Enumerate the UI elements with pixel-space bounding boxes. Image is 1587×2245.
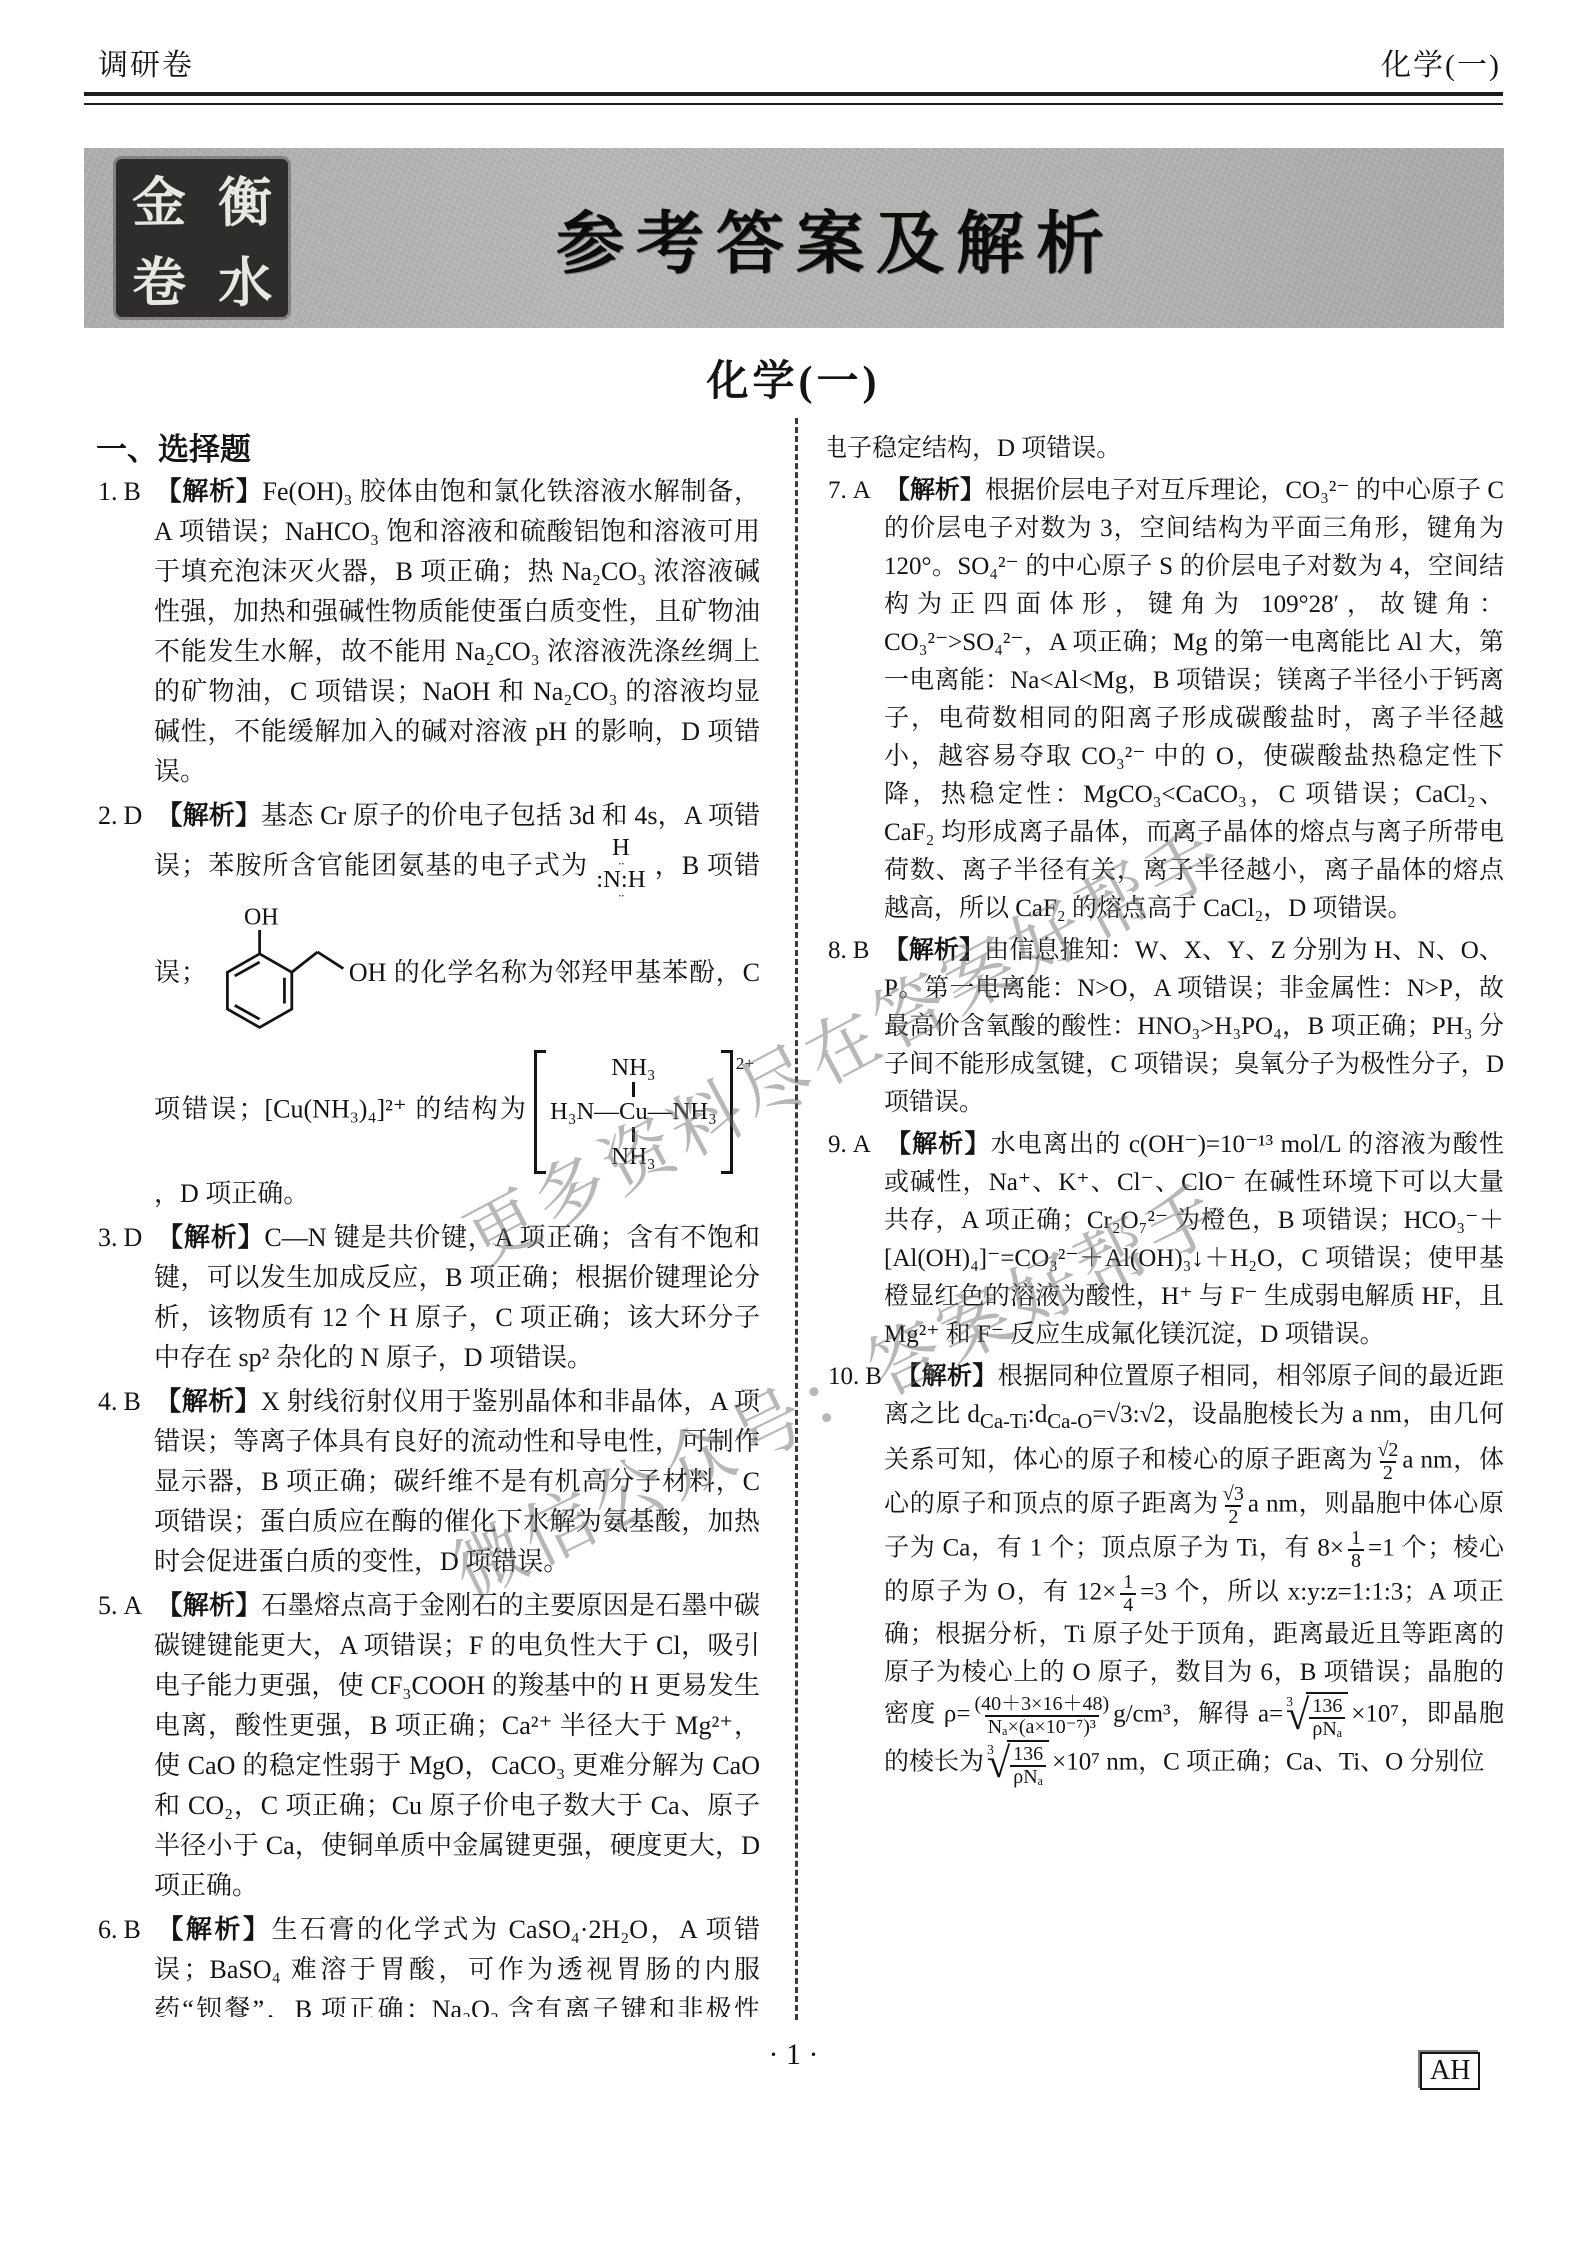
analysis-tag: 【解析】 [883,937,984,964]
answer-item-4: 4.B【解析】X 射线衍射仪用于鉴别晶体和非晶体，A 项错误；等离子体具有良好的… [98,1382,760,1582]
column-divider [795,418,798,2020]
analysis-tag: 【解析】 [896,1363,998,1390]
analysis-tag: 【解析】 [155,1915,272,1944]
answer-item-8: 8.B【解析】由信息推知：W、X、Y、Z 分别为 H、N、O、P。第一电离能：N… [828,932,1504,1122]
seal-char: 衡 [203,160,287,238]
question-number: 1. [98,477,118,506]
seal-char: 金 [117,160,201,238]
answer-item-3: 3.D【解析】C—N 键是共价键，A 项正确；含有不饱和键，可以发生加成反应，B… [98,1218,760,1378]
fraction: 18 [1348,1528,1364,1572]
header-rule [84,92,1503,105]
answer-letter: B [124,1915,141,1944]
fraction: √22 [1377,1440,1398,1484]
right-column: 足 8 电子稳定结构，D 项错误。 7.A【解析】根据价层电子对互斥理论，CO₃… [828,430,1504,2022]
fraction: 14 [1120,1572,1136,1616]
question-number: 6. [98,1915,118,1944]
page-number: · 1 · [0,2038,1587,2072]
answer-letter: B [853,937,870,964]
header-right-label: 化学(一) [1381,40,1501,84]
answer-item-2: 2.D【解析】基态 Cr 原子的价电子包括 3d 和 4s，A 项错误；苯胺所含… [98,796,760,1214]
answer-letter: D [124,801,143,830]
question-number: 10. [828,1363,859,1390]
analysis-tag: 【解析】 [885,477,985,504]
seal-char: 卷 [117,240,201,318]
analysis-tag: 【解析】 [156,1223,264,1252]
analysis-text: Fe(OH)₃ 胶体由饱和氯化铁溶液水解制备，A 项错误；NaHCO₃ 饱和溶液… [154,477,760,786]
analysis-text: 水电离出的 c(OH⁻)=10⁻¹³ mol/L 的溶液为酸性或碱性，Na⁺、K… [884,1131,1504,1348]
density-fraction: (40＋3×16＋48)Nₐ×(a×10⁻⁷)³ [975,1694,1110,1738]
answer-letter: D [124,1223,143,1252]
question-number: 4. [98,1387,118,1416]
answer-item-10: 10.B【解析】根据同种位置原子相同，相邻原子间的最近距离之比 dCa-Ti:d… [828,1358,1504,1788]
answer-item-1: 1.B【解析】Fe(OH)₃ 胶体由饱和氯化铁溶液水解制备，A 项错误；NaHC… [98,472,760,792]
ligand-bottom: NH₃ [611,1143,655,1170]
electron-dots: ·· [618,893,624,900]
complex-charge: 2+ [736,1044,754,1084]
cube-root: 3√136ρNₐ [987,1740,1049,1788]
answer-letter: B [865,1363,882,1390]
analysis-text: ×10⁷ nm，C 项正确；Ca、Ti、O 分别位 [1052,1749,1484,1776]
header-left-label: 调研卷 [98,40,194,84]
left-column: 1.B【解析】Fe(OH)₃ 胶体由饱和氯化铁溶液水解制备，A 项错误；NaHC… [98,472,760,2017]
question-number: 7. [828,477,847,504]
page-header: 调研卷 化学(一) [98,40,1501,84]
analysis-text: ，B 项错 [654,851,760,880]
question-number: 2. [98,801,118,830]
question-number: 3. [98,1223,118,1252]
publisher-seal-icon: 金 衡 卷 水 [116,159,288,317]
copper-complex-figure: NH₃H₃N—Cu—NH₃NH₃2+ [534,1050,754,1174]
hydroxyl-label: OH [244,905,279,931]
analysis-tag: 【解析】 [885,1131,991,1158]
electron-formula-figure: H··:N:H·· [596,836,645,900]
benzene-structure-figure: OH [209,900,347,1050]
analysis-tag: 【解析】 [156,1591,261,1620]
answer-item-6-continuation: 足 8 电子稳定结构，D 项错误。 [828,430,1504,468]
edition-tag-badge: AH [1420,2052,1480,2090]
answer-item-5: 5.A【解析】石墨熔点高于金刚石的主要原因是石墨中碳碳键键能更大，A 项错误；F… [98,1586,760,1906]
banner-title: 参考答案及解析 [288,190,1384,287]
analysis-text: 误； [154,958,207,987]
cube-root: 3√136ρNₐ [1286,1692,1348,1740]
analysis-text: ，D 项正确。 [154,1179,309,1208]
distance-subscript: Ca-Ti [980,1409,1028,1433]
section-title: 一、选择题 [96,424,251,469]
question-number: 8. [828,937,847,964]
analysis-text: 误；[Cu(NH₃)₄]²⁺ 的结构为 [210,1095,528,1124]
analysis-tag: 【解析】 [155,1387,261,1416]
title-banner: 金 衡 卷 水 参考答案及解析 [84,148,1504,328]
answer-item-6: 6.B【解析】生石膏的化学式为 CaSO₄·2H₂O，A 项错误；BaSO₄ 难… [98,1910,760,2017]
analysis-text: 石墨熔点高于金刚石的主要原因是石墨中碳碳键键能更大，A 项错误；F 的电负性大于… [154,1591,760,1900]
answer-sheet-page: 调研卷 化学(一) 金 衡 卷 水 参考答案及解析 化学(一) 一、选择题 1.… [0,0,1587,2245]
answer-letter: B [124,1387,141,1416]
analysis-text: g/cm³，解得 a= [1113,1701,1283,1728]
fraction: √32 [1223,1484,1244,1528]
question-number: 5. [98,1591,118,1620]
answer-letter: A [124,1591,143,1620]
analysis-text: :d [1028,1401,1047,1428]
complex-middle-row: H₃N—Cu—NH₃ [550,1098,717,1125]
analysis-text: 足 8 电子稳定结构，D 项错误。 [828,435,1121,462]
ligand-top: NH₃ [611,1054,655,1081]
answer-item-9: 9.A【解析】水电离出的 c(OH⁻)=10⁻¹³ mol/L 的溶液为酸性或碱… [828,1126,1504,1354]
seal-char: 水 [203,240,287,318]
distance-subscript: Ca-O [1047,1409,1092,1433]
answer-item-7: 7.A【解析】根据价层电子对互斥理论，CO₃²⁻ 的中心原子 C 的价层电子对数… [828,472,1504,928]
answer-letter: A [853,477,871,504]
subject-title: 化学(一) [0,348,1587,408]
analysis-tag: 【解析】 [155,477,263,506]
bond-line [632,1127,635,1142]
answer-letter: B [124,477,141,506]
analysis-tag: 【解析】 [156,801,261,830]
bond-line [632,1082,635,1097]
question-number: 9. [828,1131,847,1158]
answer-letter: A [853,1131,871,1158]
analysis-text: 根据价层电子对互斥理论，CO₃²⁻ 的中心原子 C 的价层电子对数为 3，空间结… [884,477,1504,922]
